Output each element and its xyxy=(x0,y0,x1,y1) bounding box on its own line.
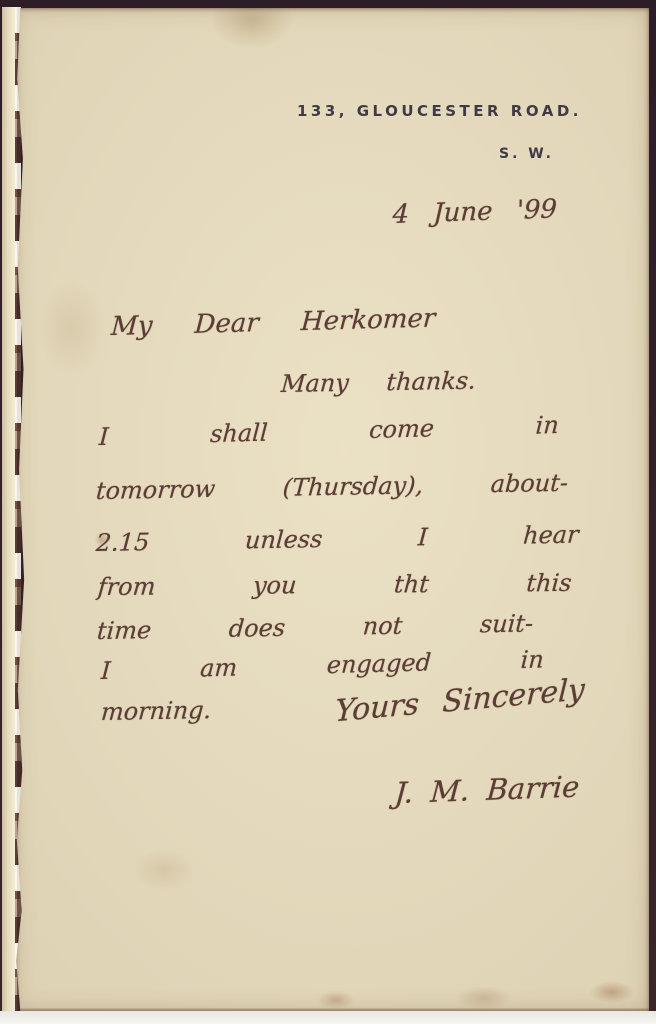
closing-valediction: Yours Sincerely xyxy=(334,672,585,729)
body-line: Many thanks. xyxy=(280,367,477,398)
signature: J. M. Barrie xyxy=(394,770,581,811)
letter-content: 133, GLOUCESTER ROAD. S. W. 4 June '99 M… xyxy=(0,0,656,1024)
salutation: My Dear Herkomer xyxy=(110,304,436,343)
body-line: I shall come in xyxy=(98,411,559,451)
letterhead-address: 133, GLOUCESTER ROAD. xyxy=(297,102,582,120)
body-line: time does not suit- xyxy=(96,609,534,645)
body-line: 2.15 unless I hear xyxy=(95,521,580,557)
body-line: from you tht this xyxy=(97,569,573,601)
letter-date: 4 June '99 xyxy=(392,194,558,230)
body-line: I am engaged in xyxy=(100,645,544,685)
letterhead-district: S. W. xyxy=(499,146,554,162)
body-line: tomorrow (Thursday), about- xyxy=(95,469,569,505)
body-line: morning. xyxy=(100,696,212,726)
scanned-letter: 133, GLOUCESTER ROAD. S. W. 4 June '99 M… xyxy=(0,0,656,1024)
